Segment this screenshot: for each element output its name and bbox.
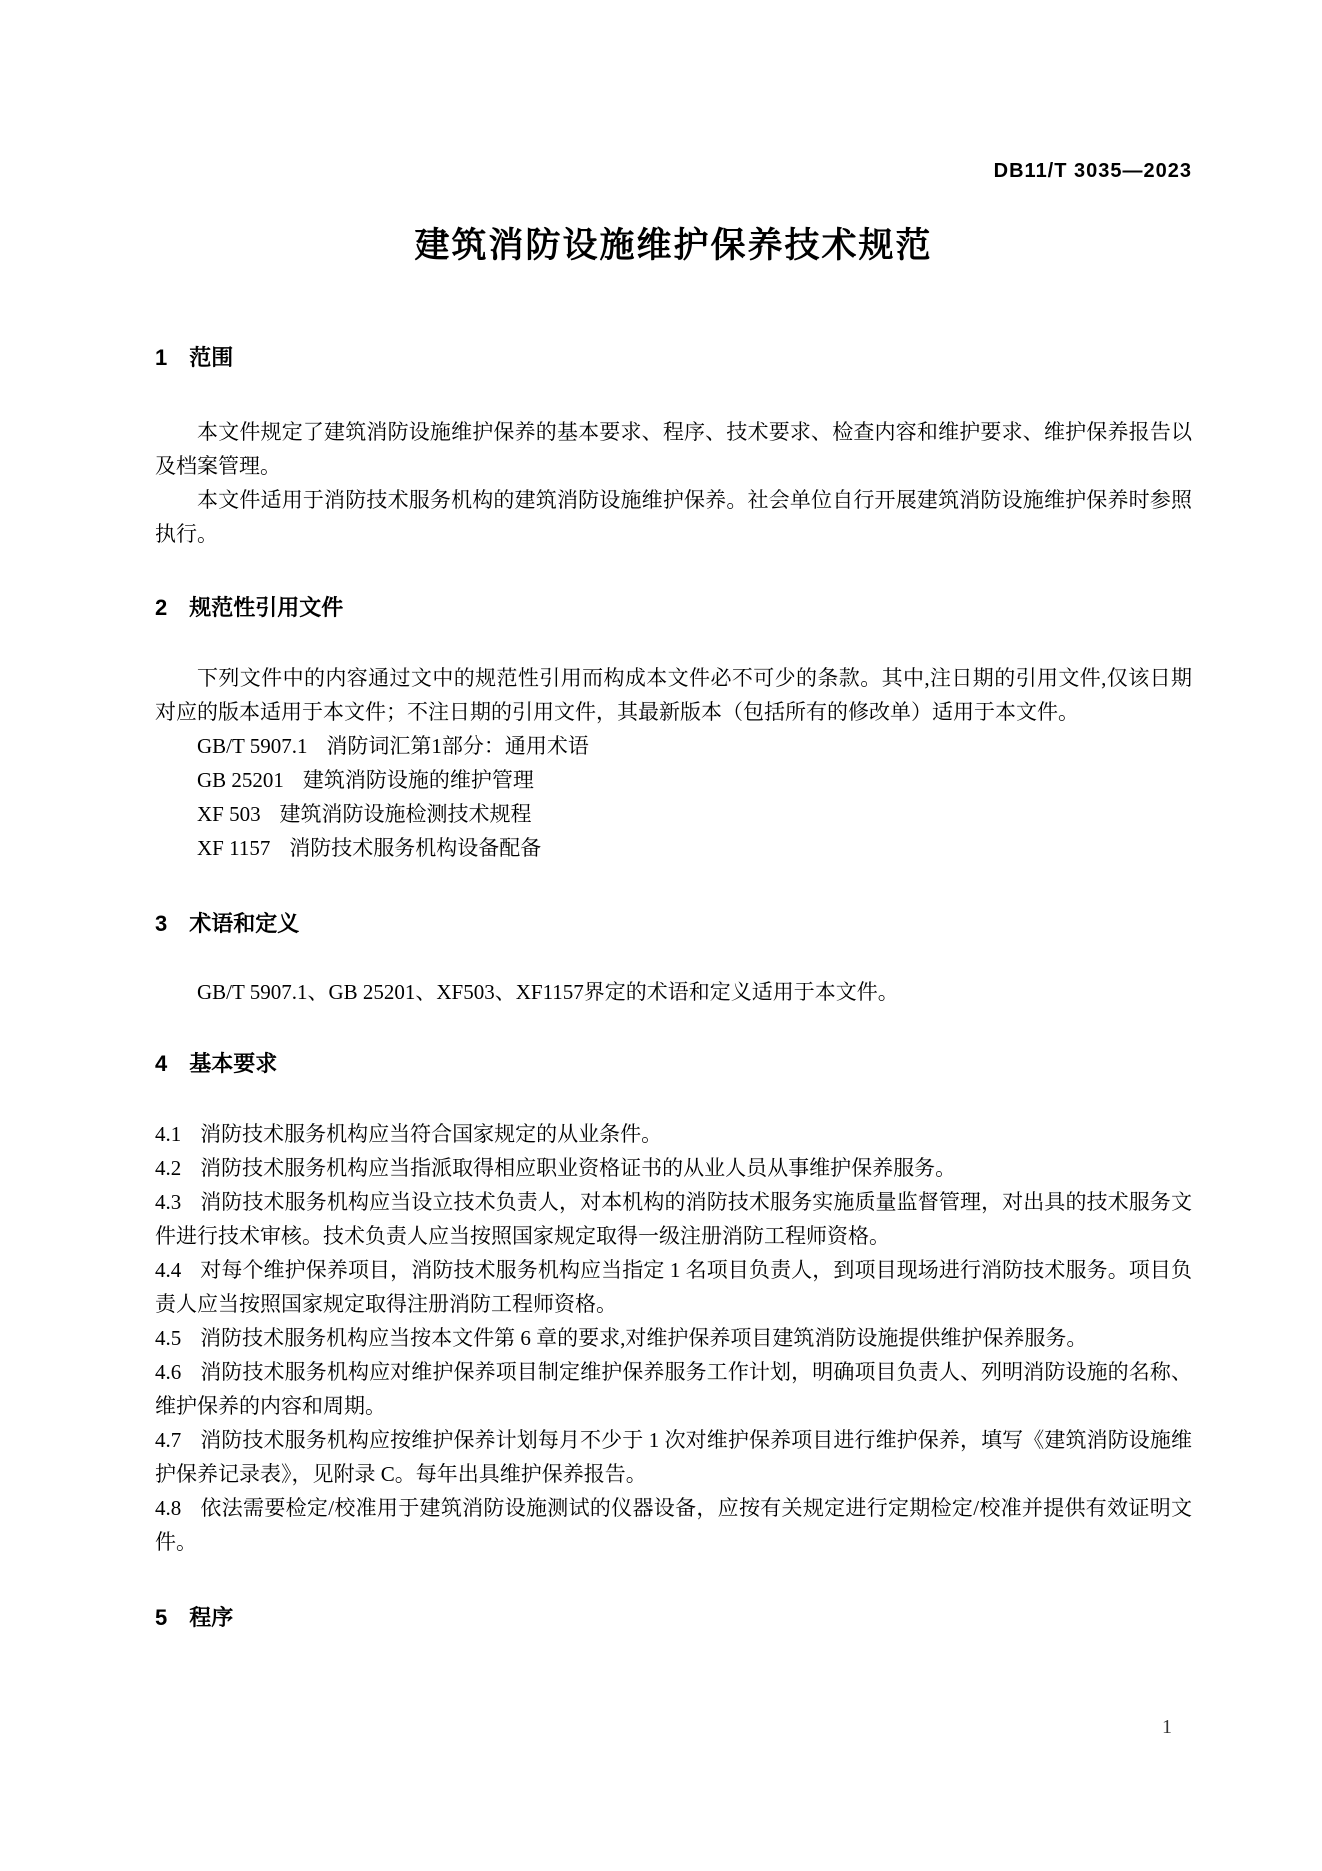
clause-text: 依法需要检定/校准用于建筑消防设施测试的仪器设备，应按有关规定进行定期检定/校准… — [155, 1496, 1192, 1554]
clause-number: 4.3 — [155, 1190, 181, 1214]
clause-text: 消防技术服务机构应按维护保养计划每月不少于 1 次对维护保养项目进行维护保养，填… — [155, 1428, 1192, 1486]
section-title: 程序 — [189, 1605, 233, 1630]
clause-number: 4.4 — [155, 1258, 181, 1282]
section-number: 2 — [155, 595, 167, 620]
reference-title: 消防技术服务机构设备配备 — [289, 836, 541, 860]
reference-title: 建筑消防设施检测技术规程 — [280, 802, 532, 826]
section-title: 范围 — [189, 345, 233, 370]
reference-item: GB/T 5907.1消防词汇第1部分：通用术语 — [155, 729, 1192, 763]
document-title: 建筑消防设施维护保养技术规范 — [155, 218, 1192, 268]
section-heading-terms: 3术语和定义 — [155, 911, 1192, 937]
reference-list: GB/T 5907.1消防词汇第1部分：通用术语 GB 25201建筑消防设施的… — [155, 729, 1192, 865]
clause-number: 4.8 — [155, 1496, 181, 1520]
clause-list: 4.1消防技术服务机构应当符合国家规定的从业条件。 4.2消防技术服务机构应当指… — [155, 1117, 1192, 1559]
paragraph-references-intro: 下列文件中的内容通过文中的规范性引用而构成本文件必不可少的条款。其中,注日期的引… — [155, 661, 1192, 729]
clause-text: 消防技术服务机构应当指派取得相应职业资格证书的从业人员从事维护保养服务。 — [200, 1156, 956, 1180]
clause-text: 消防技术服务机构应当设立技术负责人，对本机构的消防技术服务实施质量监督管理，对出… — [155, 1190, 1192, 1248]
clause-item-4-2: 4.2消防技术服务机构应当指派取得相应职业资格证书的从业人员从事维护保养服务。 — [155, 1151, 1192, 1185]
section-number: 3 — [155, 911, 167, 936]
clause-item-4-3: 4.3消防技术服务机构应当设立技术负责人，对本机构的消防技术服务实施质量监督管理… — [155, 1185, 1192, 1253]
section-number: 4 — [155, 1051, 167, 1076]
reference-code: XF 503 — [197, 802, 261, 826]
clause-number: 4.2 — [155, 1156, 181, 1180]
clause-text: 消防技术服务机构应当按本文件第 6 章的要求,对维护保养项目建筑消防设施提供维护… — [200, 1326, 1087, 1350]
section-title: 规范性引用文件 — [189, 595, 343, 620]
reference-item: GB 25201建筑消防设施的维护管理 — [155, 763, 1192, 797]
reference-code: GB 25201 — [197, 768, 284, 792]
clause-number: 4.1 — [155, 1122, 181, 1146]
section-number: 5 — [155, 1605, 167, 1630]
section-title: 术语和定义 — [189, 911, 299, 936]
document-page: DB11/T 3035—2023 建筑消防设施维护保养技术规范 1范围 本文件规… — [0, 0, 1322, 1871]
section-heading-scope: 1范围 — [155, 345, 1192, 371]
clause-item-4-7: 4.7消防技术服务机构应按维护保养计划每月不少于 1 次对维护保养项目进行维护保… — [155, 1423, 1192, 1491]
clause-item-4-4: 4.4对每个维护保养项目，消防技术服务机构应当指定 1 名项目负责人，到项目现场… — [155, 1253, 1192, 1321]
clause-item-4-1: 4.1消防技术服务机构应当符合国家规定的从业条件。 — [155, 1117, 1192, 1151]
clause-item-4-8: 4.8依法需要检定/校准用于建筑消防设施测试的仪器设备，应按有关规定进行定期检定… — [155, 1491, 1192, 1559]
reference-title: 建筑消防设施的维护管理 — [303, 768, 534, 792]
clause-number: 4.5 — [155, 1326, 181, 1350]
reference-code: GB/T 5907.1 — [197, 734, 307, 758]
reference-item: XF 1157消防技术服务机构设备配备 — [155, 831, 1192, 865]
clause-text: 消防技术服务机构应对维护保养项目制定维护保养服务工作计划，明确项目负责人、列明消… — [155, 1360, 1192, 1418]
page-number: 1 — [1162, 1716, 1172, 1739]
paragraph-terms: GB/T 5907.1、GB 25201、XF503、XF1157界定的术语和定… — [155, 975, 1192, 1009]
reference-item: XF 503建筑消防设施检测技术规程 — [155, 797, 1192, 831]
clause-number: 4.6 — [155, 1360, 181, 1384]
clause-text: 对每个维护保养项目，消防技术服务机构应当指定 1 名项目负责人，到项目现场进行消… — [155, 1258, 1192, 1316]
reference-code: XF 1157 — [197, 836, 270, 860]
clause-number: 4.7 — [155, 1428, 181, 1452]
paragraph-scope-2: 本文件适用于消防技术服务机构的建筑消防设施维护保养。社会单位自行开展建筑消防设施… — [155, 483, 1192, 551]
paragraph-scope-1: 本文件规定了建筑消防设施维护保养的基本要求、程序、技术要求、检查内容和维护要求、… — [155, 415, 1192, 483]
section-number: 1 — [155, 345, 167, 370]
section-heading-normative-references: 2规范性引用文件 — [155, 595, 1192, 621]
reference-title: 消防词汇第1部分：通用术语 — [326, 734, 589, 758]
section-title: 基本要求 — [189, 1051, 277, 1076]
doc-number: DB11/T 3035—2023 — [994, 160, 1192, 183]
section-heading-basic-requirements: 4基本要求 — [155, 1051, 1192, 1077]
clause-item-4-5: 4.5消防技术服务机构应当按本文件第 6 章的要求,对维护保养项目建筑消防设施提… — [155, 1321, 1192, 1355]
document-body: 1范围 本文件规定了建筑消防设施维护保养的基本要求、程序、技术要求、检查内容和维… — [155, 345, 1192, 1631]
section-heading-procedure: 5程序 — [155, 1605, 1192, 1631]
clause-text: 消防技术服务机构应当符合国家规定的从业条件。 — [200, 1122, 662, 1146]
clause-item-4-6: 4.6消防技术服务机构应对维护保养项目制定维护保养服务工作计划，明确项目负责人、… — [155, 1355, 1192, 1423]
